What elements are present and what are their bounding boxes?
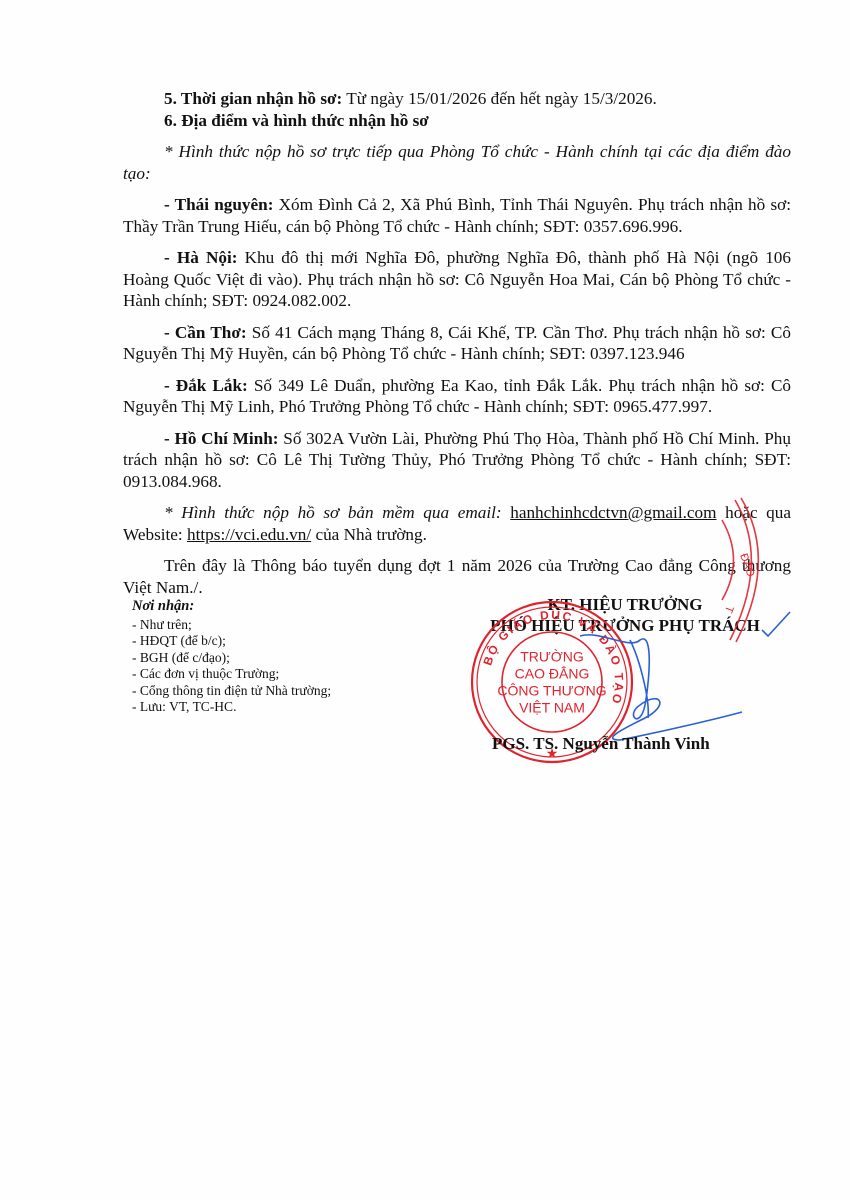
section-6-heading: 6. Địa điểm và hình thức nhận hồ sơ — [123, 110, 791, 132]
signature-titles: KT. HIỆU TRƯỞNG PHÓ HIỆU TRƯỞNG PHỤ TRÁC… — [455, 594, 795, 636]
recipient-item: - Lưu: VT, TC-HC. — [132, 699, 432, 716]
location-name: - Thái nguyên: — [164, 195, 273, 214]
online-submission: * Hình thức nộp hồ sơ bản mềm qua email:… — [123, 502, 791, 545]
recipient-item: - HĐQT (để b/c); — [132, 633, 432, 650]
recipient-item: - Như trên; — [132, 617, 432, 634]
email-link[interactable]: hanhchinhcdctvn@gmail.com — [510, 503, 716, 522]
recipients-block: Nơi nhận: - Như trên; - HĐQT (để b/c); -… — [132, 598, 432, 716]
location-name: - Cần Thơ: — [164, 323, 247, 342]
document-body: 5. Thời gian nhận hồ sơ: Từ ngày 15/01/2… — [123, 88, 791, 598]
signature-title-line1: KT. HIỆU TRƯỞNG — [455, 594, 795, 615]
svg-text:TRƯỜNG: TRƯỜNG — [520, 649, 584, 665]
section-5-text: Từ ngày 15/01/2026 đến hết ngày 15/3/202… — [342, 89, 657, 108]
recipients-title: Nơi nhận: — [132, 598, 432, 615]
online-submission-intro: * Hình thức nộp hồ sơ bản mềm qua email: — [164, 503, 502, 522]
recipient-item: - Cổng thông tin điện tử Nhà trường; — [132, 683, 432, 700]
svg-text:CÔNG THƯƠNG: CÔNG THƯƠNG — [497, 683, 606, 699]
document-page: 5. Thời gian nhận hồ sơ: Từ ngày 15/01/2… — [0, 0, 850, 1200]
location-ho-chi-minh: - Hồ Chí Minh: Số 302A Vườn Lài, Phường … — [123, 428, 791, 493]
recipient-item: - Các đơn vị thuộc Trường; — [132, 666, 432, 683]
closing-statement: Trên đây là Thông báo tuyển dụng đợt 1 n… — [123, 555, 791, 598]
direct-submission-intro: * Hình thức nộp hồ sơ trực tiếp qua Phòn… — [123, 141, 791, 184]
online-submission-end: của Nhà trường. — [311, 525, 427, 544]
location-name: - Đắk Lắk: — [164, 376, 248, 395]
location-ha-noi: - Hà Nội: Khu đô thị mới Nghĩa Đô, phườn… — [123, 247, 791, 312]
location-name: - Hà Nội: — [164, 248, 237, 267]
svg-text:VIỆT NAM: VIỆT NAM — [519, 700, 585, 716]
section-5-label: 5. Thời gian nhận hồ sơ: — [164, 89, 342, 108]
website-link[interactable]: https://vci.edu.vn/ — [187, 525, 311, 544]
recipient-item: - BGH (để c/đạo); — [132, 650, 432, 667]
location-name: - Hồ Chí Minh: — [164, 429, 279, 448]
location-dak-lak: - Đắk Lắk: Số 349 Lê Duẩn, phường Ea Kao… — [123, 375, 791, 418]
location-thai-nguyen: - Thái nguyên: Xóm Đình Cả 2, Xã Phú Bìn… — [123, 194, 791, 237]
svg-text:CAO ĐẲNG: CAO ĐẲNG — [515, 665, 590, 682]
location-can-tho: - Cần Thơ: Số 41 Cách mạng Tháng 8, Cái … — [123, 322, 791, 365]
signature-title-line2: PHÓ HIỆU TRƯỞNG PHỤ TRÁCH — [455, 615, 795, 636]
signer-name: PGS. TS. Nguyễn Thành Vinh — [492, 734, 710, 754]
section-5: 5. Thời gian nhận hồ sơ: Từ ngày 15/01/2… — [123, 88, 791, 110]
